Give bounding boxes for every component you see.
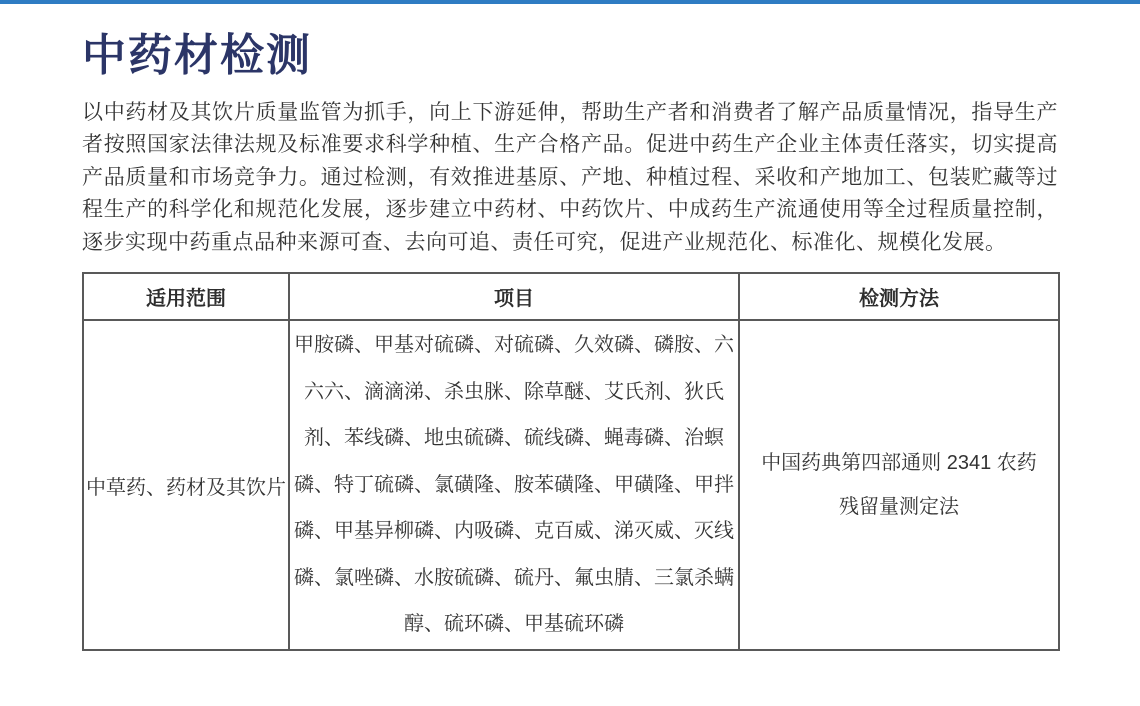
- header-scope: 适用范围: [83, 273, 289, 320]
- cell-method: 中国药典第四部通则 2341 农药残留量测定法: [739, 320, 1059, 650]
- page-content: 中药材检测 以中药材及其饮片质量监管为抓手，向上下游延伸，帮助生产者和消费者了解…: [82, 4, 1058, 651]
- table-row: 中草药、药材及其饮片 甲胺磷、甲基对硫磷、对硫磷、久效磷、磷胺、六六六、滴滴涕、…: [83, 320, 1059, 650]
- cell-items: 甲胺磷、甲基对硫磷、对硫磷、久效磷、磷胺、六六六、滴滴涕、杀虫脒、除草醚、艾氏剂…: [289, 320, 739, 650]
- cell-scope: 中草药、药材及其饮片: [83, 320, 289, 650]
- page-title: 中药材检测: [82, 30, 1058, 83]
- testing-spec-table: 适用范围 项目 检测方法 中草药、药材及其饮片 甲胺磷、甲基对硫磷、对硫磷、久效…: [82, 272, 1060, 651]
- intro-paragraph: 以中药材及其饮片质量监管为抓手，向上下游延伸，帮助生产者和消费者了解产品质量情况…: [82, 97, 1058, 260]
- table-header-row: 适用范围 项目 检测方法: [83, 273, 1059, 320]
- header-method: 检测方法: [739, 273, 1059, 320]
- header-items: 项目: [289, 273, 739, 320]
